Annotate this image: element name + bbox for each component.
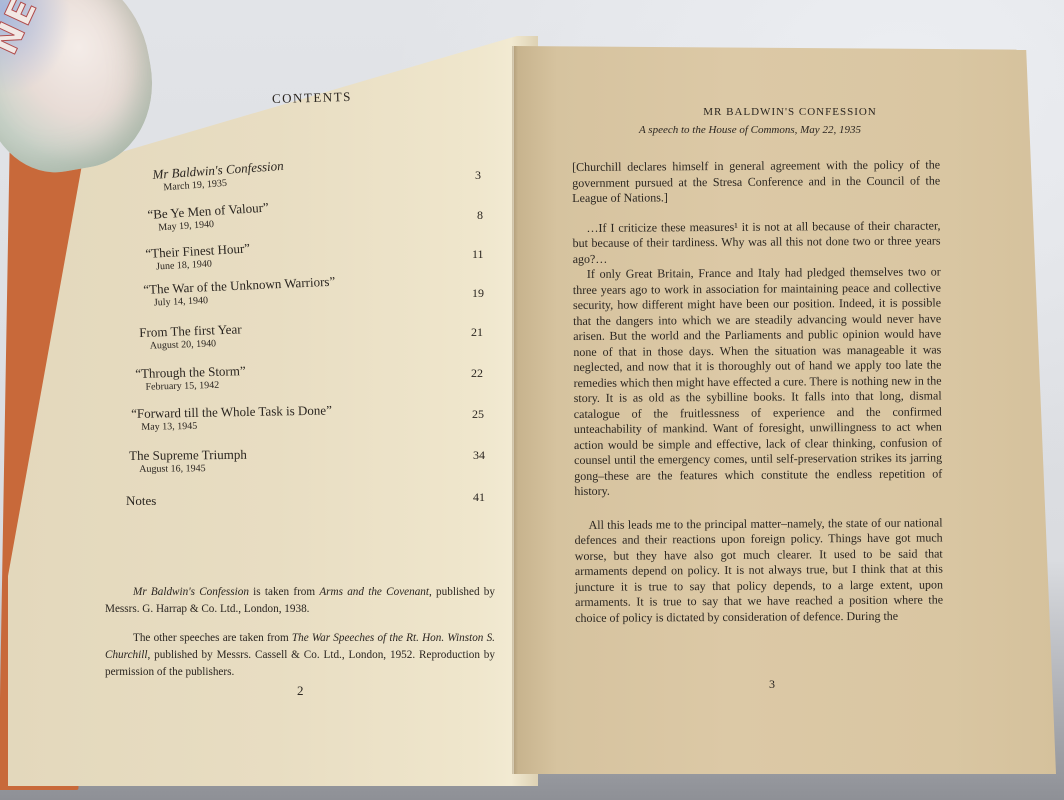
toc-entry-title: The Supreme Triumph <box>129 447 247 464</box>
source-note: Mr Baldwin's Confession is taken from Ar… <box>105 584 495 681</box>
toc-entry-page: 21 <box>471 325 483 340</box>
source-note-paragraph: Mr Baldwin's Confession is taken from Ar… <box>105 584 495 618</box>
toc-entry-page: 19 <box>472 286 484 301</box>
toc-entry: “Through the Storm” February 15, 1942 <box>135 363 246 393</box>
page-number-left: 2 <box>297 683 304 699</box>
body-paragraph: If only Great Britain, France and Italy … <box>573 264 943 499</box>
toc-entry: Mr Baldwin's Confession March 19, 1935 <box>152 158 285 194</box>
toc-entry-notes: Notes <box>126 493 156 509</box>
body-paragraph: …If I criticize these measures¹ it is no… <box>572 218 940 267</box>
toc-entry-page: 11 <box>472 247 484 262</box>
toc-entry: “Forward till the Whole Task is Done” Ma… <box>131 402 332 433</box>
toc-entry-date: February 15, 1942 <box>145 379 246 393</box>
book-spine <box>512 46 518 774</box>
toc-entry-date: May 13, 1945 <box>141 418 332 432</box>
chapter-body: [Churchill declares himself in general a… <box>572 157 943 626</box>
toc-entry-page: 8 <box>477 208 483 223</box>
note-text: is taken from <box>249 586 319 598</box>
toc-entry-page: 25 <box>472 407 484 422</box>
page-number-right: 3 <box>769 677 775 692</box>
toc-entry-title: Notes <box>126 493 156 509</box>
chapter-subtitle: A speech to the House of Commons, May 22… <box>600 124 900 136</box>
toc-entry: The Supreme Triumph August 16, 1945 <box>129 447 247 475</box>
toc-entry: From The first Year August 20, 1940 <box>139 321 242 352</box>
toc-entry: “The War of the Unknown Warriors” July 1… <box>143 274 336 309</box>
note-text: The other speeches are taken from <box>133 632 292 644</box>
toc-entry-date: August 16, 1945 <box>139 463 247 475</box>
toc-entry-page: 41 <box>473 490 485 505</box>
toc-entry-date: August 20, 1940 <box>150 337 243 351</box>
toc-entry: “Be Ye Men of Valour” May 19, 1940 <box>147 200 270 234</box>
body-paragraph: All this leads me to the principal matte… <box>574 515 943 626</box>
italic-title: Arms and the Covenant <box>319 586 429 598</box>
open-book: CONTENTS Mr Baldwin's Confession March 1… <box>0 0 1064 800</box>
italic-title: Mr Baldwin's Confession <box>133 586 249 598</box>
toc-entry: “Their Finest Hour” June 18, 1940 <box>145 241 251 273</box>
body-paragraph: [Churchill declares himself in general a… <box>572 157 940 206</box>
note-text: , published by Messrs. Cassell & Co. Ltd… <box>105 649 495 678</box>
toc-entry-page: 34 <box>473 448 485 463</box>
toc-entry-page: 22 <box>471 366 483 381</box>
toc-entry-title: “Through the Storm” <box>135 363 246 382</box>
source-note-paragraph: The other speeches are taken from The Wa… <box>105 630 495 681</box>
figurine-lettering: NEVER <box>0 0 83 61</box>
chapter-title: MR BALDWIN'S CONFESSION <box>640 106 940 118</box>
toc-entry-page: 3 <box>475 168 481 183</box>
